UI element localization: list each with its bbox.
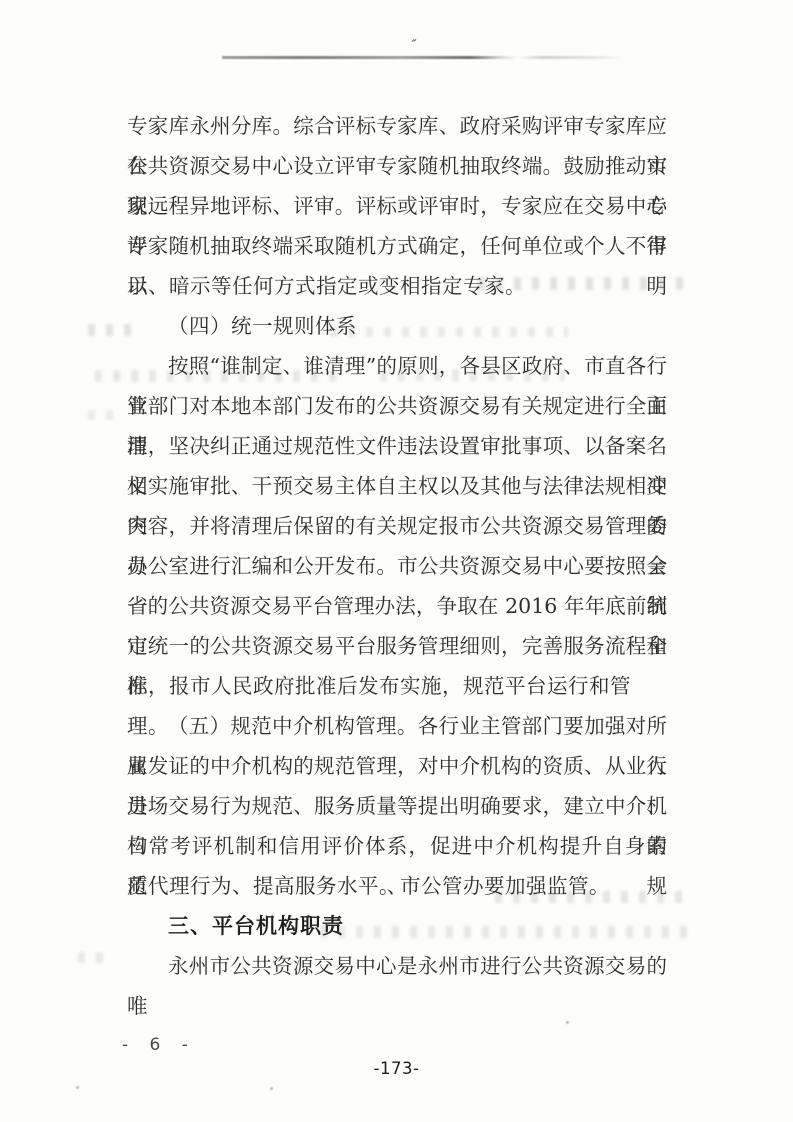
text-line: 公共资源交易中心设立评审专家随机抽取终端。鼓励推动实现专 (127, 146, 667, 186)
ditto-mark-artifact: ″ (408, 38, 418, 53)
text-line: 一的公共资源交易平台管理办法，争取在 2016 年年底前制定全 (127, 586, 667, 626)
text-line: 相实施审批、干预交易主体自主权以及其他与法律法规相冲突的 (127, 466, 667, 506)
text-line: 内容，并将清理后保留的有关规定报市公共资源交易管理委员会 (127, 506, 667, 546)
text-line: 专家库永州分库。综合评标专家库、政府采购评审专家库应在市 (127, 106, 667, 146)
scan-speck (270, 1087, 273, 1090)
bleed-through-mark (88, 324, 140, 336)
bleed-through-mark (88, 410, 116, 420)
text-line: 业发证的中介机构的规范管理，对中介机构的资质、从业人员、 (127, 746, 667, 786)
bleed-through-mark (478, 277, 690, 290)
text-line: 理，坚决纠正通过规范性文件违法设置审批事项、以备案名义变 (127, 426, 667, 466)
bleed-through-mark (95, 370, 340, 382)
bleed-through-mark (380, 369, 565, 381)
text-line: 准，报市人民政府批准后发布实施，规范平台运行和管理。 (127, 666, 667, 706)
page-number-document: - 6 - (122, 1035, 196, 1055)
text-line: 家远程异地评标、评审。评标或评审时，专家应在交易中心评审 (127, 186, 667, 226)
bleed-through-mark (330, 327, 568, 337)
text-line: 办公室进行汇编和公开发布。市公共资源交易中心要按照全省统 (127, 546, 667, 586)
text-line: 管部门对本地本部门发布的公共资源交易有关规定进行全面清 (127, 386, 667, 426)
scan-speck (566, 1021, 569, 1024)
document-body: 专家库永州分库。综合评标专家库、政府采购评审专家库应在市公共资源交易中心设立评审… (127, 106, 667, 986)
text-line: 日常考评机制和信用评价体系，促进中介机构提升自身素质、规 (127, 826, 667, 866)
text-line: （四）统一规则体系 (127, 306, 667, 346)
bleed-through-mark (495, 891, 693, 903)
scan-speck (76, 1086, 79, 1089)
scan-streak-artifact (222, 56, 622, 59)
bleed-through-mark (320, 926, 693, 938)
page-number-compilation: -173- (0, 1059, 793, 1078)
bleed-through-mark (78, 952, 112, 963)
text-line: 进场交易行为规范、服务质量等提出明确要求，建立中介机构的 (127, 786, 667, 826)
scanned-page: ″ 专家库永州分库。综合评标专家库、政府采购评审专家库应在市公共资源交易中心设立… (0, 0, 793, 1122)
text-line: 专家随机抽取终端采取随机方式确定，任何单位或个人不得以明 (127, 226, 667, 266)
text-line: （五）规范中介机构管理。各行业主管部门要加强对所属行 (127, 706, 667, 746)
text-line: 市统一的公共资源交易平台服务管理细则，完善服务流程和标 (127, 626, 667, 666)
text-line: 永州市公共资源交易中心是永州市进行公共资源交易的唯 (127, 946, 667, 986)
